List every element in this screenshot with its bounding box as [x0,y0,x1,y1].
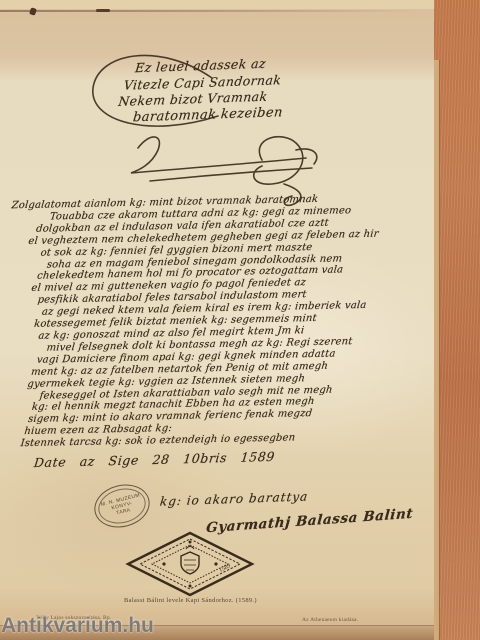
diamond-seal-icon: 1589 [124,530,256,600]
seal-year: 1589 [218,563,231,574]
letter-body: Zolgalatomat aianlom kg: mint bizot vram… [11,192,424,451]
antikvarium-watermark: Antikvarium.hu [1,614,154,638]
plate-caption: Balassi Bálint levele Kapi Sándorhoz. (1… [124,597,257,604]
book-scan: Ez leuel adassek az Vitezle Capi Sandorn… [0,0,480,640]
address-block: Ez leuel adassek az Vitezle Capi Sandorn… [117,55,283,127]
imprint-right: Az Athenaeum kiadása. [302,617,358,623]
